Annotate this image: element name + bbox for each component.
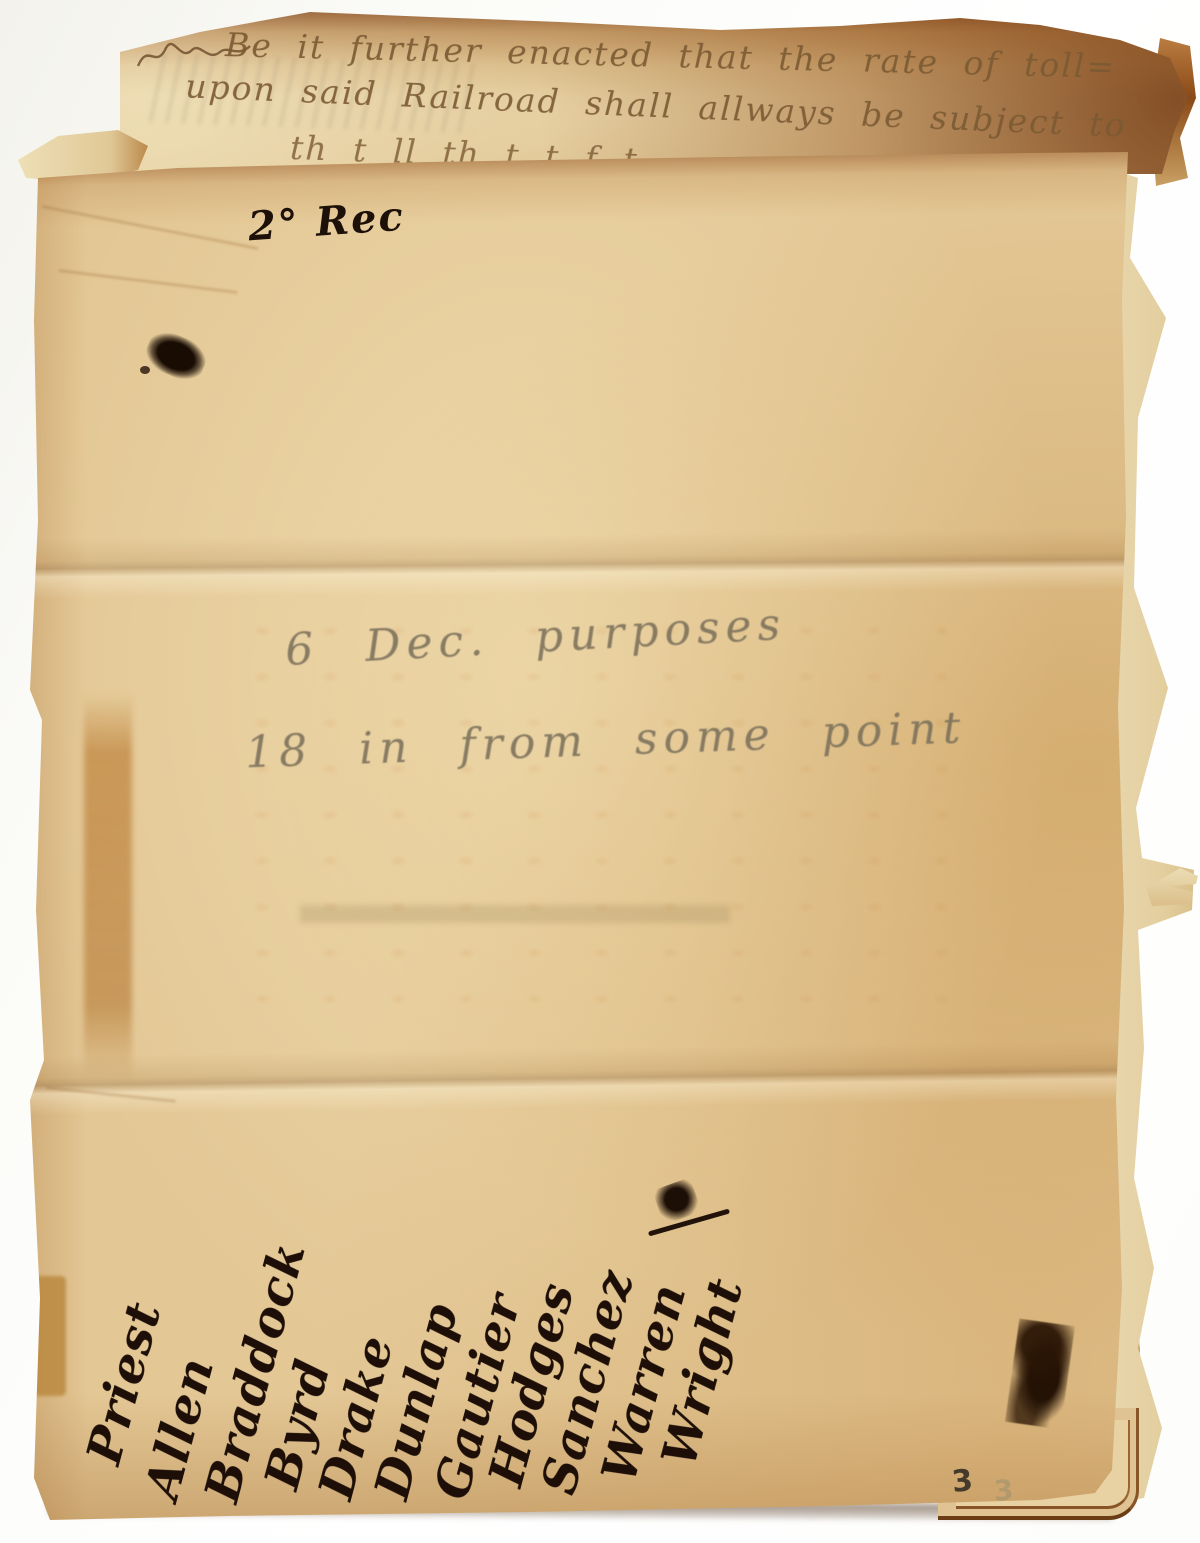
ink-blot (140, 326, 211, 387)
ink-blot-dot (140, 366, 150, 374)
docket-note: 2° Rec (247, 193, 407, 251)
stain-left-streak (84, 693, 132, 1083)
page-number: 3 (950, 1463, 974, 1500)
scanned-document: ʃ ʅ ʃ ϛ ʃ Be it further enacted that the… (0, 0, 1200, 1543)
bleedthrough-line (300, 905, 730, 923)
stain-left-patch (22, 1276, 66, 1396)
back-page: Be it further enacted that the rate of t… (118, 6, 1198, 178)
fold-crease-lower (28, 1040, 1133, 1115)
wrinkle-line (58, 269, 237, 294)
ink-stain-bottom-right (1005, 1319, 1075, 1430)
fold-crease-upper (28, 529, 1132, 599)
main-page: 2° Rec 6 Dec. purposes 18 in from some p… (28, 148, 1132, 1523)
